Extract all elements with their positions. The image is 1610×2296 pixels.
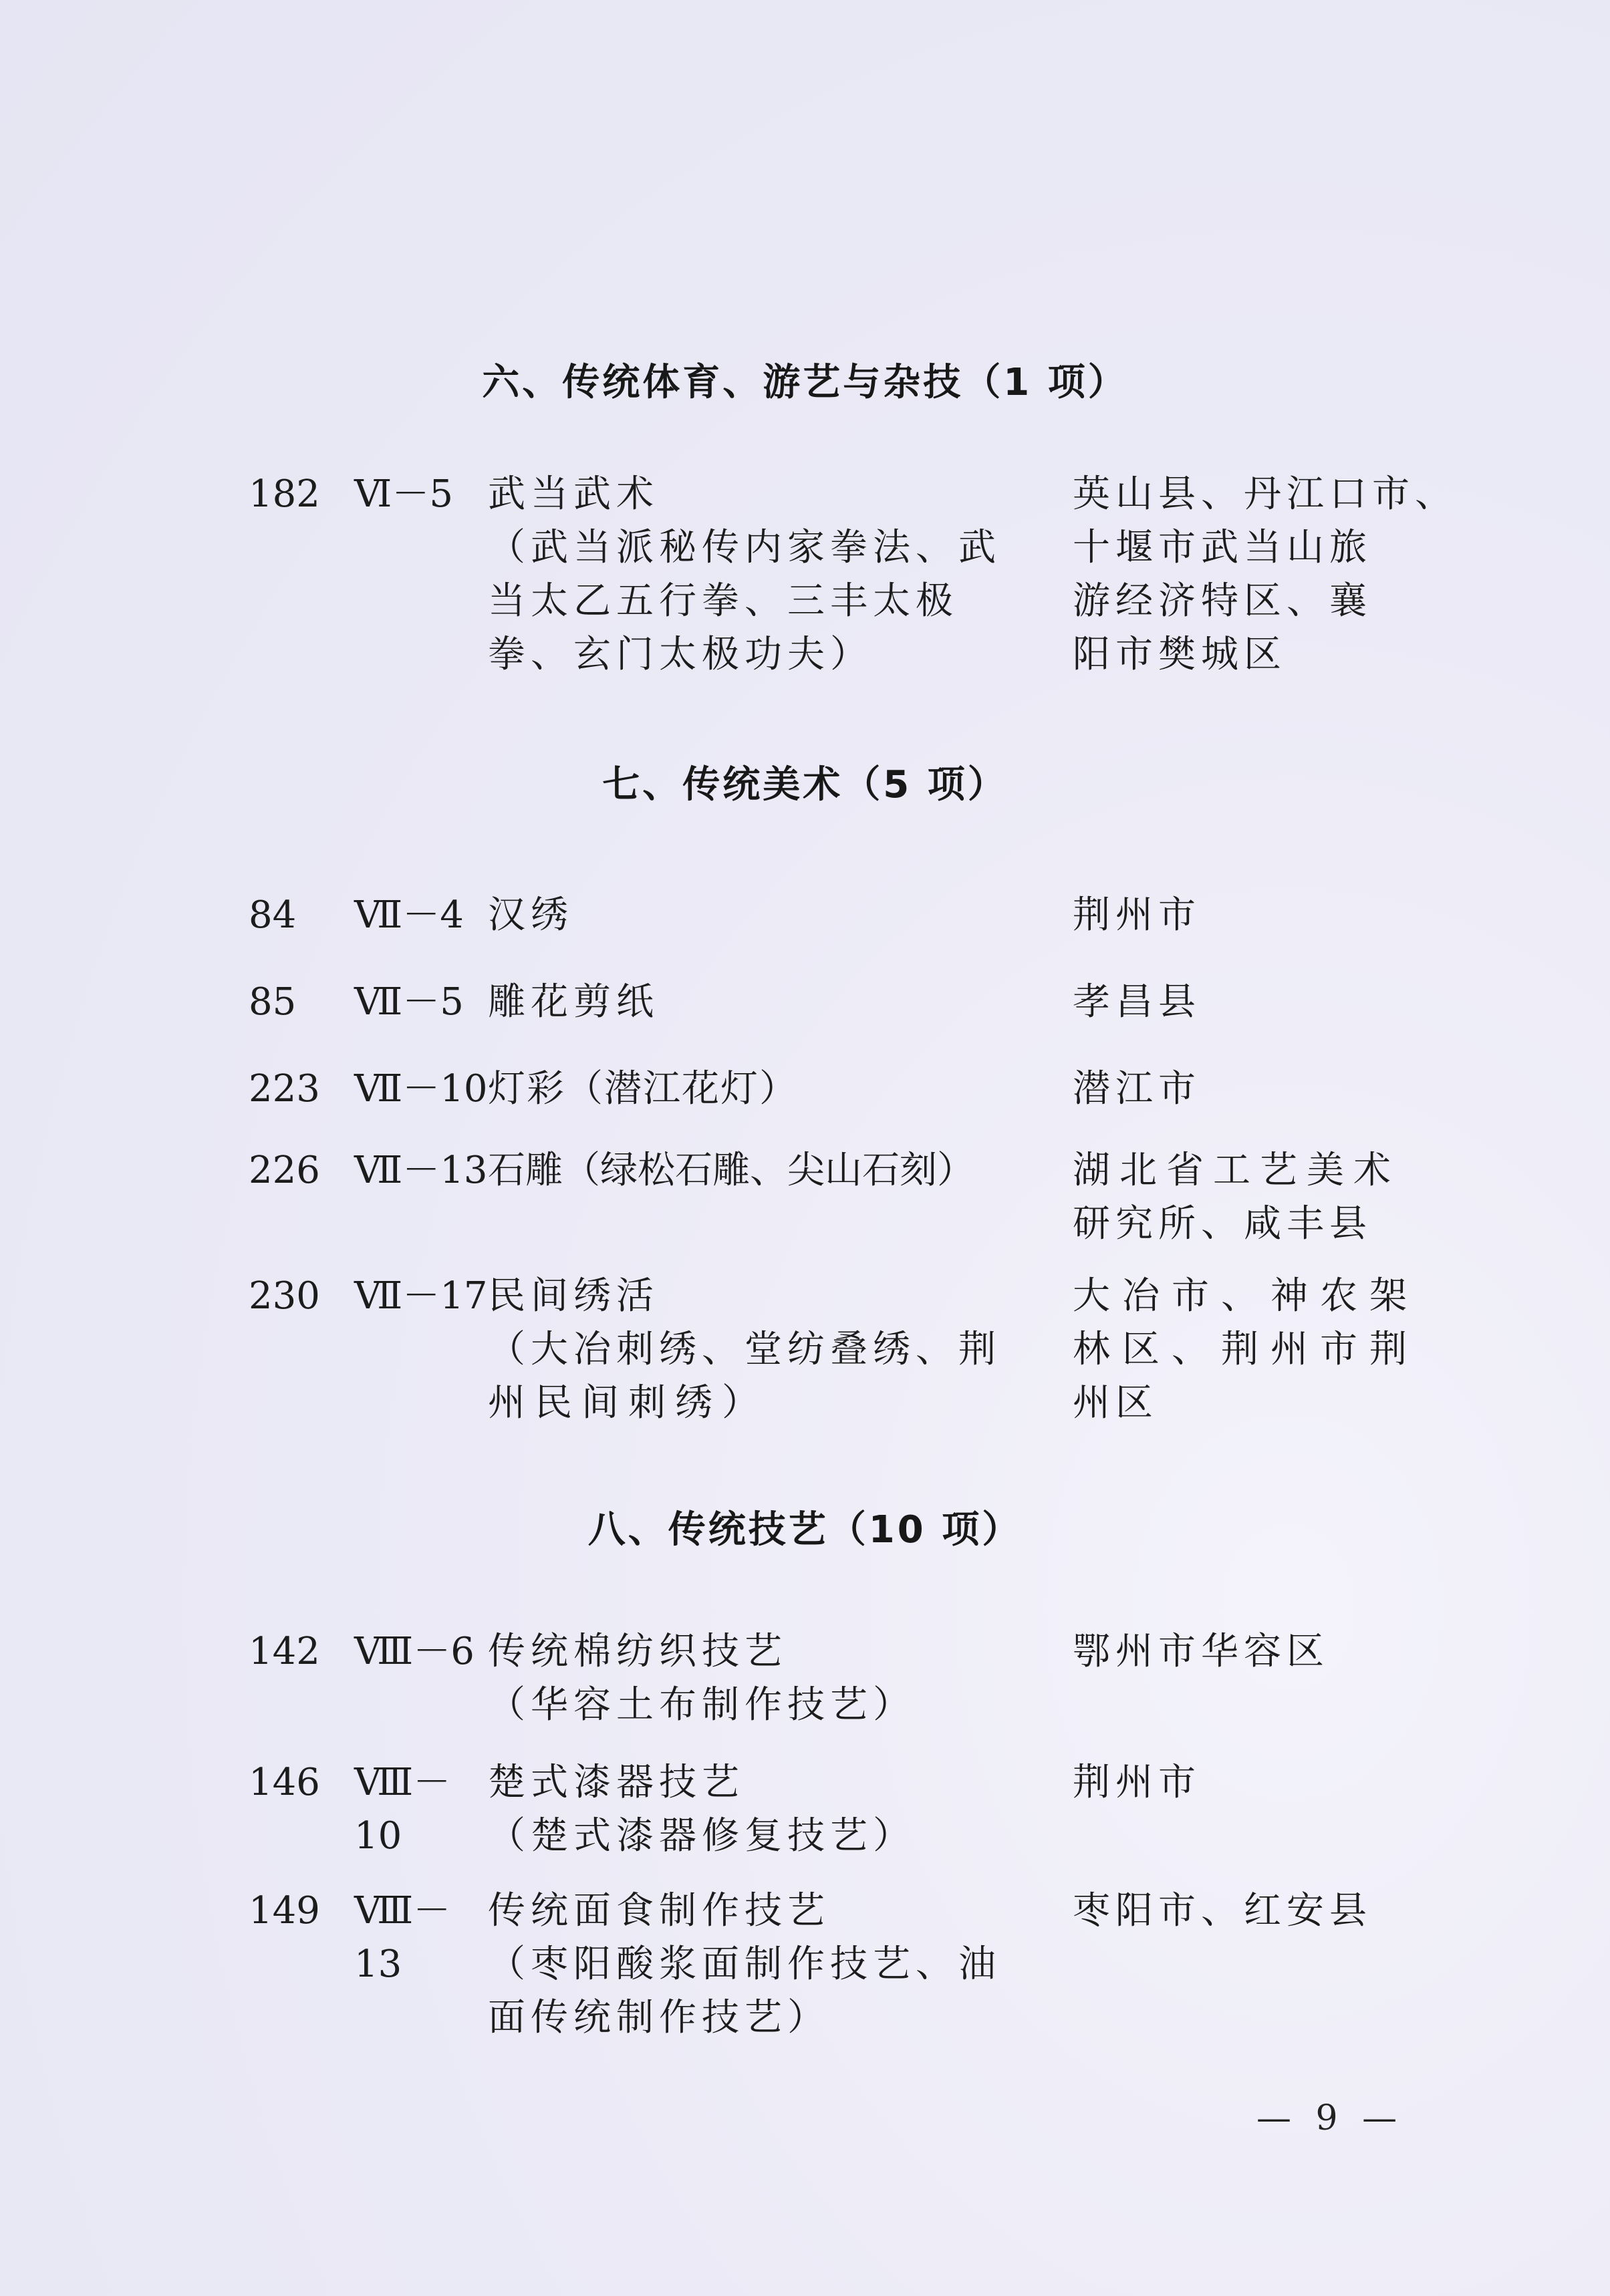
entry-name: 楚式漆器技艺 （楚式漆器修复技艺） bbox=[488, 1756, 1023, 1863]
entry-region: 荆州市 bbox=[1073, 889, 1420, 942]
entry-region: 荆州市 bbox=[1073, 1756, 1420, 1810]
entry-name: 武当武术 （武当派秘传内家拳法、武 当太乙五行拳、三丰太极 拳、玄门太极功夫） bbox=[488, 468, 1023, 682]
entry-name: 传统面食制作技艺 （枣阳酸浆面制作技艺、油 面传统制作技艺） bbox=[488, 1884, 1023, 2045]
entry-region: 潜江市 bbox=[1073, 1062, 1420, 1116]
section-title-6: 六、传统体育、游艺与杂技（1 项） bbox=[0, 353, 1610, 406]
entry-number: 146 bbox=[249, 1756, 329, 1810]
entry-code: Ⅶ－4 bbox=[354, 889, 488, 942]
document-page: 六、传统体育、游艺与杂技（1 项） 182 Ⅵ－5 武当武术 （武当派秘传内家拳… bbox=[0, 0, 1610, 2296]
section-title-8: 八、传统技艺（10 项） bbox=[0, 1500, 1610, 1554]
entry-number: 226 bbox=[249, 1144, 329, 1197]
entry-name: 传统棉纺织技艺 （华容土布制作技艺） bbox=[488, 1625, 1023, 1732]
entry-code: Ⅶ－10 bbox=[354, 1062, 488, 1116]
page-number: — 9 — bbox=[1256, 2098, 1403, 2138]
entry-name: 民间绣活 （大冶刺绣、堂纺叠绣、荆 州民间刺绣） bbox=[488, 1270, 1023, 1430]
entry-code: Ⅷ－6 bbox=[354, 1625, 488, 1679]
entry-number: 84 bbox=[249, 889, 329, 942]
entry-name: 汉绣 bbox=[488, 889, 1023, 942]
entry-name: 雕花剪纸 bbox=[488, 976, 1023, 1029]
entry-region: 英山县、丹江口市、 十堰市武当山旅 游经济特区、襄 阳市樊城区 bbox=[1073, 468, 1420, 682]
entry-number: 230 bbox=[249, 1270, 329, 1323]
entry-code: Ⅷ－10 bbox=[354, 1756, 488, 1863]
entry-region: 枣阳市、红安县 bbox=[1073, 1884, 1420, 1938]
entry-number: 149 bbox=[249, 1884, 329, 1938]
entry-name: 灯彩（潜江花灯） bbox=[488, 1062, 1023, 1116]
entry-region: 孝昌县 bbox=[1073, 976, 1420, 1029]
entry-code: Ⅵ－5 bbox=[354, 468, 488, 521]
entry-code: Ⅷ－13 bbox=[354, 1884, 488, 1991]
entry-number: 142 bbox=[249, 1625, 329, 1679]
entry-number: 85 bbox=[249, 976, 329, 1029]
entry-code: Ⅶ－13 bbox=[354, 1144, 488, 1197]
entry-region: 大冶市、神农架 林区、荆州市荆 州区 bbox=[1073, 1270, 1420, 1430]
entry-number: 223 bbox=[249, 1062, 329, 1116]
section-title-7: 七、传统美术（5 项） bbox=[0, 755, 1610, 809]
entry-code: Ⅶ－17 bbox=[354, 1270, 488, 1323]
entry-code: Ⅶ－5 bbox=[354, 976, 488, 1029]
entry-name: 石雕（绿松石雕、尖山石刻） bbox=[488, 1144, 1023, 1197]
entry-number: 182 bbox=[249, 468, 329, 521]
entry-region: 湖北省工艺美术 研究所、咸丰县 bbox=[1073, 1144, 1420, 1251]
entry-region: 鄂州市华容区 bbox=[1073, 1625, 1420, 1679]
